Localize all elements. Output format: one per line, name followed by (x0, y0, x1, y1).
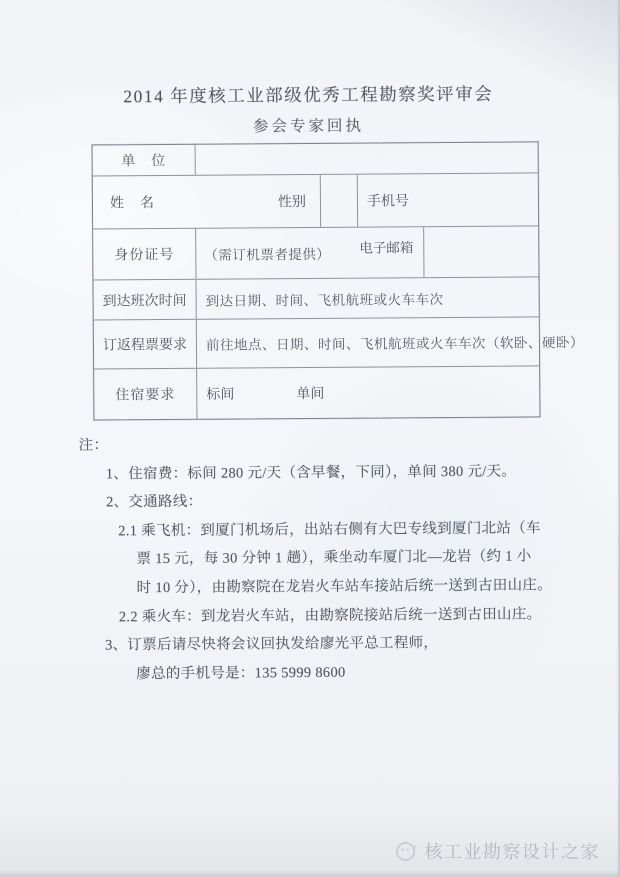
id-hint: （需订机票者提供） (204, 243, 330, 264)
notes-heading: 注： (79, 428, 557, 460)
lodging-options-cell: 标间 单间 (196, 366, 539, 418)
arrival-label: 到达班次时间 (103, 289, 187, 310)
page-subtitle: 参会专家回执 (0, 112, 618, 138)
lodging-label-cell: 住宿要求 (94, 369, 196, 420)
email-label: 电子邮箱 (359, 236, 419, 256)
note-traffic-heading: 2、交通路线： (106, 485, 557, 517)
email-value-cell (423, 226, 538, 277)
mobile-label: 手机号 (367, 190, 409, 210)
reply-form-table: 单 位 姓 名 性别 手机号 身份证号 （需订机票者提供） (92, 141, 541, 420)
id-label: 身份证号 (114, 244, 174, 264)
unit-label-cell: 单 位 (93, 145, 195, 176)
footer-watermark: 核工业勘察设计之家 (395, 838, 601, 864)
table-row-name: 姓 名 性别 手机号 (93, 172, 538, 228)
return-hint: 前往地点、日期、时间、飞机航班或火车车次（软卧、硬卧） (206, 331, 584, 354)
name-label: 姓 名 (110, 192, 155, 212)
mobile-cell: 手机号 (357, 173, 538, 226)
table-row-arrival: 到达班次时间 到达日期、时间、飞机航班或火车车次 (93, 276, 538, 319)
scan-edge-bottom (0, 870, 620, 877)
unit-label: 单 位 (121, 150, 166, 170)
return-label: 订返程票要求 (103, 334, 187, 355)
id-label-cell: 身份证号 (93, 229, 195, 280)
arrival-label-cell: 到达班次时间 (94, 280, 196, 320)
return-hint-cell: 前往地点、日期、时间、飞机航班或火车车次（软卧、硬卧） (196, 317, 539, 367)
note-lodging-fee: 1、住宿费：标间 280 元/天（含早餐，下同），单间 380 元/天。 (106, 457, 557, 489)
gender-label: 性别 (278, 191, 306, 211)
id-hint-cell: （需订机票者提供） 电子邮箱 (195, 227, 423, 279)
gender-value-cell (320, 175, 357, 227)
lodging-option-single: 单间 (296, 383, 324, 403)
name-label-cell: 姓 名 性别 (93, 175, 320, 229)
return-label-cell: 订返程票要求 (94, 320, 196, 369)
table-row-return-ticket: 订返程票要求 前往地点、日期、时间、飞机航班或火车车次（软卧、硬卧） (94, 316, 539, 368)
arrival-hint-cell: 到达日期、时间、飞机航班或火车车次 (196, 277, 539, 318)
lodging-label: 住宿要求 (115, 384, 175, 404)
note-by-plane-line1: 2.1 乘飞机：到厦门机场后，出站右侧有大巴专线到厦门北站（车 (118, 514, 557, 546)
unit-value-cell (195, 142, 538, 174)
table-row-id: 身份证号 （需订机票者提供） 电子邮箱 (93, 225, 538, 279)
lodging-option-standard: 标间 (206, 384, 234, 404)
arrival-hint: 到达日期、时间、飞机航班或火车车次 (206, 288, 444, 310)
watermark-text: 核工业勘察设计之家 (425, 838, 601, 864)
scanned-document-page: 2014 年度核工业部级优秀工程勘察奖评审会 参会专家回执 单 位 姓 名 性别… (0, 0, 620, 877)
table-row-unit: 单 位 (93, 142, 538, 175)
note-by-train: 2.2 乘火车：到龙岩火车站，由勘察院接站后统一送到古田山庄。 (119, 600, 558, 632)
note-by-plane-line2: 票 15 元，每 30 分钟 1 趟），乘坐动车厦门北—龙岩（约 1 小 (136, 543, 557, 575)
document-content: 2014 年度核工业部级优秀工程勘察奖评审会 参会专家回执 单 位 姓 名 性别… (0, 0, 620, 877)
notes-section: 注： 1、住宿费：标间 280 元/天（含早餐，下同），单间 380 元/天。 … (79, 428, 559, 689)
note-booking-line1: 3、订票后请尽快将会议回执发给廖光平总工程师， (105, 628, 558, 660)
note-by-plane-line3: 时 10 分），由勘察院在龙岩火车站车接站后统一送到古田山庄。 (137, 571, 558, 603)
wechat-icon (395, 840, 418, 863)
page-title: 2014 年度核工业部级优秀工程勘察奖评审会 (0, 80, 618, 109)
note-booking-line2: 廖总的手机号是：135 5999 8600 (136, 657, 558, 689)
table-row-lodging: 住宿要求 标间 单间 (94, 365, 539, 419)
